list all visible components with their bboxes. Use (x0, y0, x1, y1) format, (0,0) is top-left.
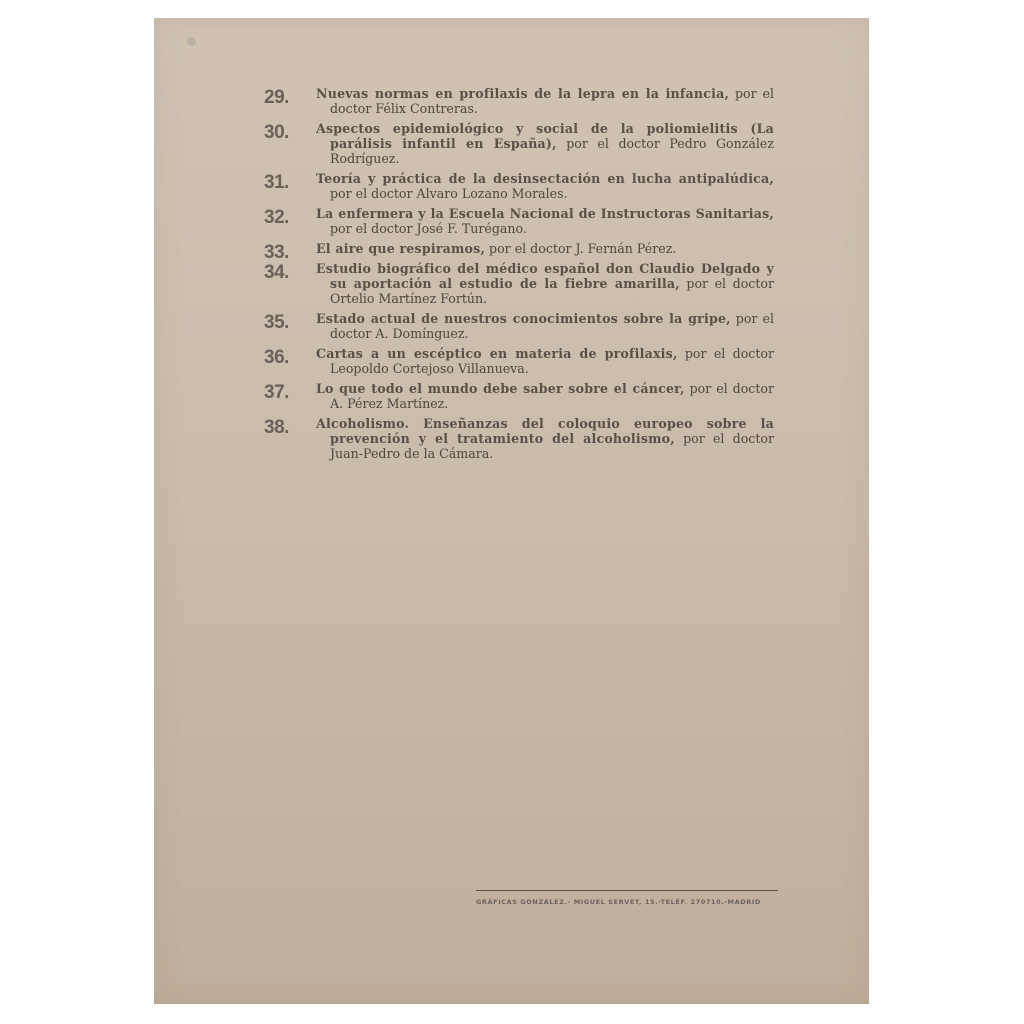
list-item: 36. Cartas a un escéptico en materia de … (264, 346, 774, 376)
entry-title: Teoría y práctica de la desinsectación e… (316, 171, 774, 186)
entry-number: 37. (264, 382, 314, 404)
divider (476, 890, 778, 891)
entry-number: 31. (264, 172, 314, 194)
entry-number: 32. (264, 207, 314, 229)
list-item: 37. Lo que todo el mundo debe saber sobr… (264, 381, 774, 411)
entry-number: 35. (264, 312, 314, 334)
entry-title: La enfermera y la Escuela Nacional de In… (316, 206, 774, 221)
document-page: 29. Nuevas normas en profilaxis de la le… (154, 18, 869, 1004)
list-item: 34. Estudio biográfico del médico españo… (264, 261, 774, 306)
imprint-text: GRÁFICAS GONZÁLEZ.- MIGUEL SERVET, 15.-T… (476, 898, 778, 906)
entry-number: 29. (264, 87, 314, 109)
list-item: 38. Alcoholismo. Enseñanzas del coloquio… (264, 416, 774, 461)
entry-number: 36. (264, 347, 314, 369)
entry-title: Nuevas normas en profilaxis de la lepra … (316, 86, 729, 101)
entry-number: 34. (264, 262, 314, 284)
publication-list: 29. Nuevas normas en profilaxis de la le… (264, 86, 774, 466)
entry-author: por el doctor J. Fernán Pérez. (485, 241, 676, 256)
entry-title: Lo que todo el mundo debe saber sobre el… (316, 381, 685, 396)
list-item: 29. Nuevas normas en profilaxis de la le… (264, 86, 774, 116)
list-item: 31. Teoría y práctica de la desinsectaci… (264, 171, 774, 201)
list-item: 32. La enfermera y la Escuela Nacional d… (264, 206, 774, 236)
entry-title: Cartas a un escéptico en materia de prof… (316, 346, 678, 361)
entry-title: Estado actual de nuestros conocimientos … (316, 311, 731, 326)
list-item: 35. Estado actual de nuestros conocimien… (264, 311, 774, 341)
list-item: 33. El aire que respiramos, por el docto… (264, 241, 774, 256)
list-item: 30. Aspectos epidemiológico y social de … (264, 121, 774, 166)
paper-stain (187, 37, 196, 46)
printer-imprint: GRÁFICAS GONZÁLEZ.- MIGUEL SERVET, 15.-T… (476, 890, 778, 906)
entry-number: 30. (264, 122, 314, 144)
entry-author: por el doctor Alvaro Lozano Morales. (330, 186, 568, 201)
entry-number: 38. (264, 417, 314, 439)
entry-author: por el doctor José F. Turégano. (330, 221, 527, 236)
entry-title: El aire que respiramos, (316, 241, 485, 256)
